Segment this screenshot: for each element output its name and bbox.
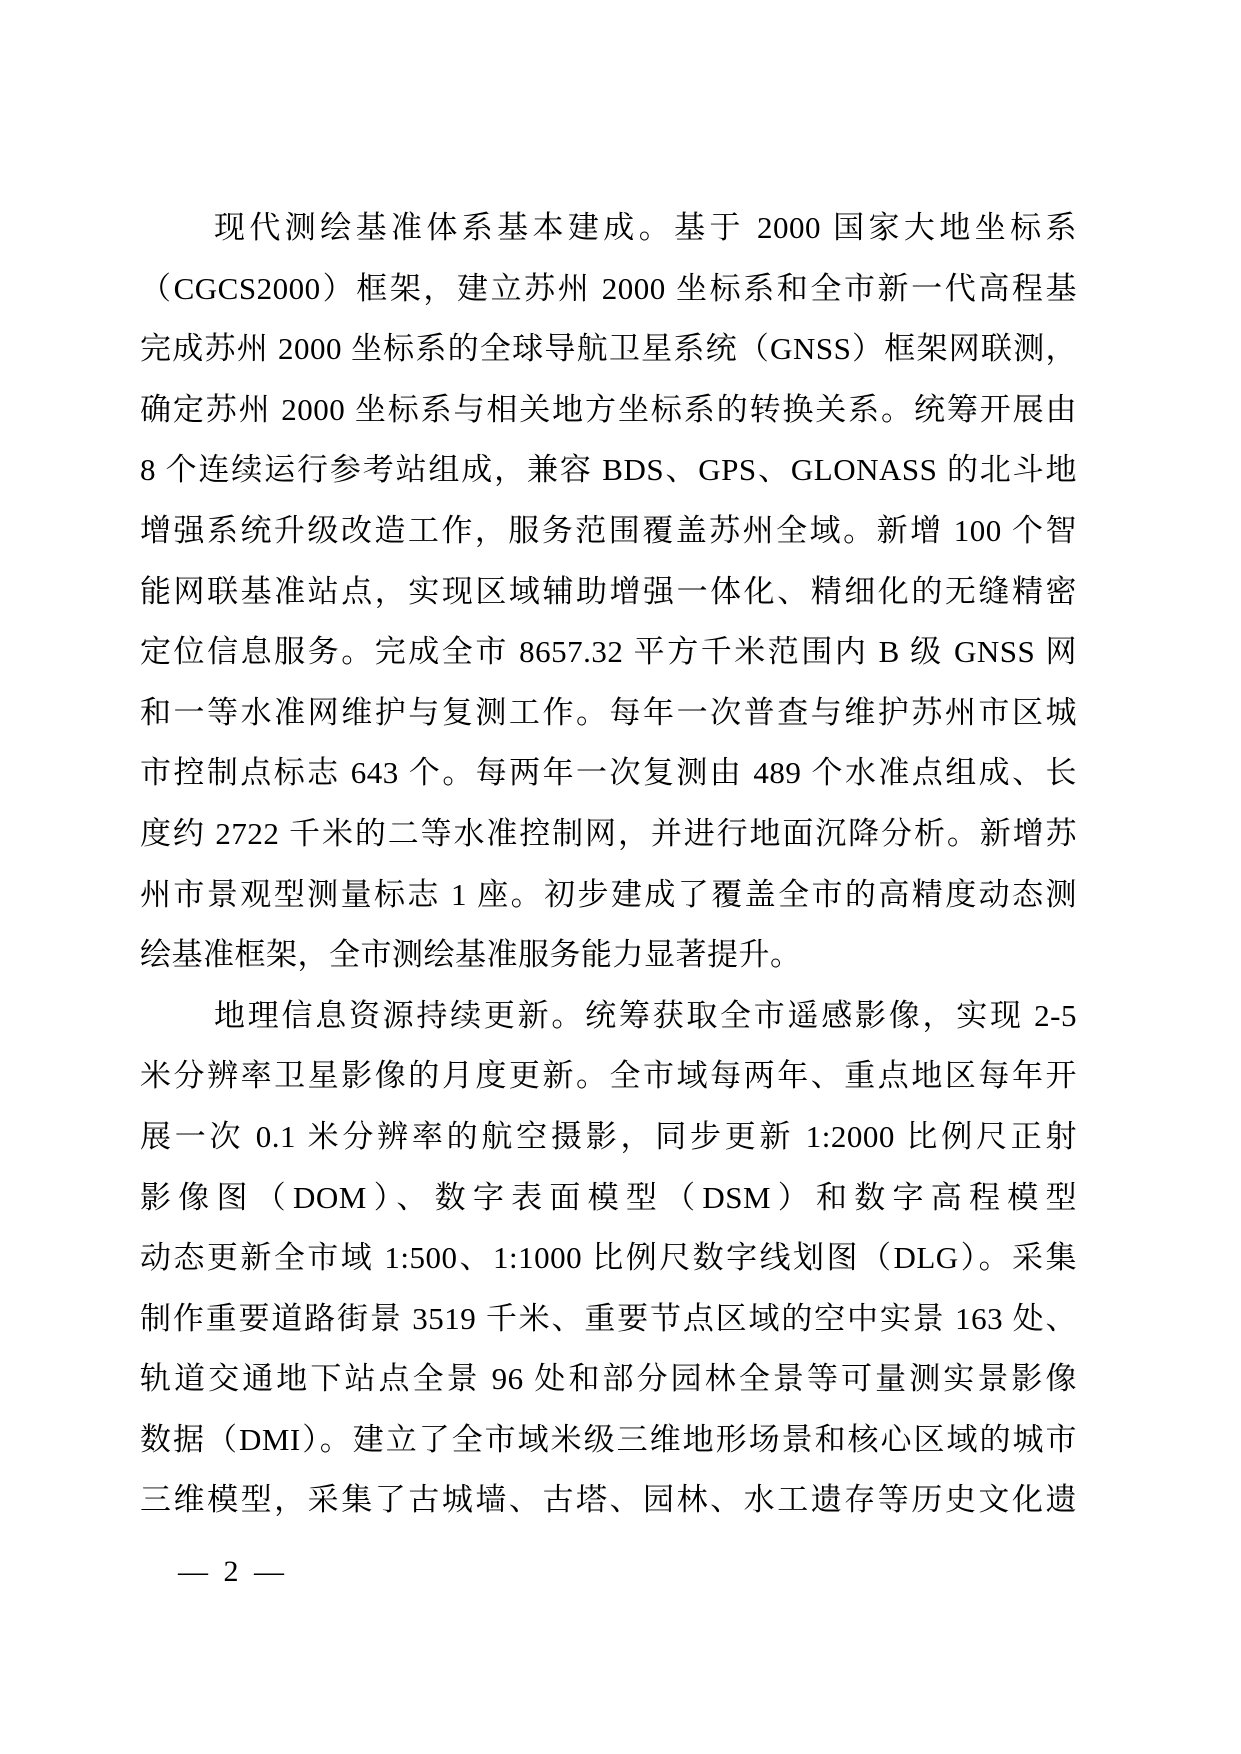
document-page: 现代测绘基准体系基本建成。基于 2000 国家大地坐标系（CGCS2000）框架… bbox=[0, 0, 1241, 1754]
text-line: 定位信息服务。完成全市 8657.32 平方千米范围内 B 级 GNSS 网 bbox=[140, 622, 1077, 683]
document-text-block: 现代测绘基准体系基本建成。基于 2000 国家大地坐标系（CGCS2000）框架… bbox=[140, 198, 1077, 1531]
text-line: 确定苏州 2000 坐标系与相关地方坐标系的转换关系。统筹开展由 bbox=[140, 380, 1077, 441]
text-line: 米分辨率卫星影像的月度更新。全市域每两年、重点地区每年开 bbox=[140, 1046, 1077, 1107]
text-line: 现代测绘基准体系基本建成。基于 2000 国家大地坐标系 bbox=[140, 198, 1077, 259]
text-line: 能网联基准站点，实现区域辅助增强一体化、精细化的无缝精密 bbox=[140, 562, 1077, 623]
text-line: 和一等水准网维护与复测工作。每年一次普查与维护苏州市区城 bbox=[140, 683, 1077, 744]
text-line: 市控制点标志 643 个。每两年一次复测由 489 个水准点组成、长 bbox=[140, 743, 1077, 804]
text-line: 制作重要道路街景 3519 千米、重要节点区域的空中实景 163 处、 bbox=[140, 1289, 1077, 1350]
text-line: 轨道交通地下站点全景 96 处和部分园林全景等可量测实景影像 bbox=[140, 1349, 1077, 1410]
text-line: 地理信息资源持续更新。统筹获取全市遥感影像，实现 2-5 bbox=[140, 986, 1077, 1047]
text-line: 展一次 0.1 米分辨率的航空摄影，同步更新 1:2000 比例尺正射 bbox=[140, 1107, 1077, 1168]
text-line: 度约 2722 千米的二等水准控制网，并进行地面沉降分析。新增苏 bbox=[140, 804, 1077, 865]
text-line: 8 个连续运行参考站组成，兼容 BDS、GPS、GLONASS 的北斗地基 bbox=[140, 440, 1077, 501]
text-line: 影像图（DOM）、数字表面模型（DSM）和数字高程模型（DEM）， bbox=[140, 1168, 1077, 1229]
text-line: 州市景观型测量标志 1 座。初步建成了覆盖全市的高精度动态测 bbox=[140, 865, 1077, 926]
text-line: 动态更新全市域 1:500、1:1000 比例尺数字线划图（DLG）。采集 bbox=[140, 1228, 1077, 1289]
text-line: 三维模型，采集了古城墙、古塔、园林、水工遗存等历史文化遗 bbox=[140, 1470, 1077, 1531]
text-line: 数据（DMI）。建立了全市域米级三维地形场景和核心区域的城市 bbox=[140, 1410, 1077, 1471]
text-line: 绘基准框架，全市测绘基准服务能力显著提升。 bbox=[140, 925, 1077, 986]
text-line: 增强系统升级改造工作，服务范围覆盖苏州全域。新增 100 个智 bbox=[140, 501, 1077, 562]
page-number: — 2 — bbox=[178, 1552, 288, 1592]
text-line: 完成苏州 2000 坐标系的全球导航卫星系统（GNSS）框架网联测， bbox=[140, 319, 1077, 380]
text-line: （CGCS2000）框架，建立苏州 2000 坐标系和全市新一代高程基准， bbox=[140, 259, 1077, 320]
